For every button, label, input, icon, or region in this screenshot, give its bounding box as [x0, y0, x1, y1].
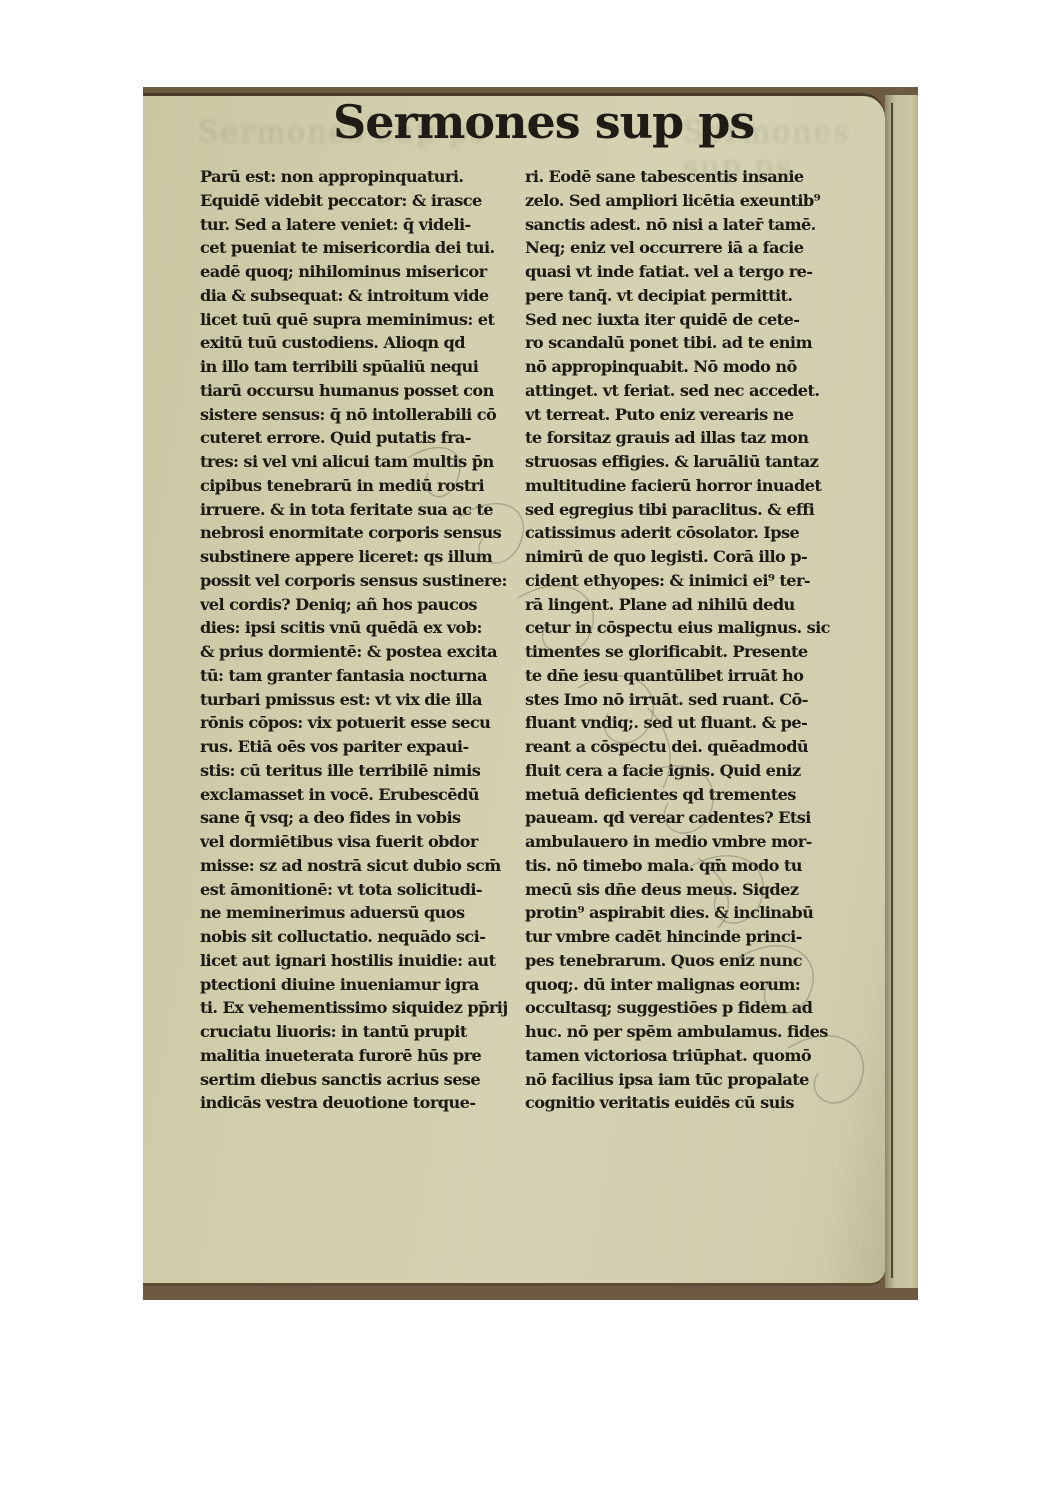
- text-line: cuteret errore. Quid putatis fra-: [200, 426, 525, 450]
- text-line: tur. Sed a latere veniet: q̄ videli-: [200, 213, 525, 237]
- text-line: rā lingent. Plane ad nihilū dedu: [525, 593, 860, 617]
- text-line: catissimus aderit cōsolator. Ipse: [525, 521, 860, 545]
- text-line: exclamasset in vocē. Erubescēdū: [200, 783, 525, 807]
- text-line: metuā deficientes qd trementes: [525, 783, 860, 807]
- text-line: possit vel corporis sensus sustinere:: [200, 569, 525, 593]
- text-line: mecū sis dn̄e deus meus. Siqdez: [525, 878, 860, 902]
- text-line: cipibus tenebrarū in mediū rostri: [200, 474, 525, 498]
- text-line: te dn̄e iesu quantūlibet irruāt ho: [525, 664, 860, 688]
- text-line: Neq; eniz vel occurrere iā a facie: [525, 236, 860, 260]
- text-line: nō facilius ipsa iam tūc propalate: [525, 1068, 860, 1092]
- text-line: eadē quoq; nihilominus misericor: [200, 260, 525, 284]
- text-line: est āmonitionē: vt tota solicitudi-: [200, 878, 525, 902]
- text-line: sertim diebus sanctis acrius sese: [200, 1068, 525, 1092]
- text-line: nobis sit colluctatio. nequādo sci-: [200, 925, 525, 949]
- text-line: vt terreat. Puto eniz verearis ne: [525, 403, 860, 427]
- text-line: nimirū de quo legisti. Corā illo p-: [525, 545, 860, 569]
- text-line: misse: sz ad nostrā sicut dubio scm̄: [200, 854, 525, 878]
- text-line: ri. Eodē sane tabescentis insanie: [525, 165, 860, 189]
- page-scan: Sermones sup ps Sermones sup ps Sermones…: [143, 87, 918, 1300]
- text-line: occultasq; suggestiōes p fidem ad: [525, 996, 860, 1020]
- text-line: stes Imo nō irruāt. sed ruant. Cō-: [525, 688, 860, 712]
- text-line: dia & subsequat: & introitum vide: [200, 284, 525, 308]
- text-line: reant a cōspectu dei. quēadmodū: [525, 735, 860, 759]
- text-line: Sed nec iuxta iter quidē de cete-: [525, 308, 860, 332]
- text-line: Parū est: non appropinquaturi.: [200, 165, 525, 189]
- text-line: licet aut ignari hostilis inuidie: aut: [200, 949, 525, 973]
- text-line: cognitio veritatis euidēs cū suis: [525, 1091, 860, 1115]
- text-line: turbari pmissus est: vt vix die illa: [200, 688, 525, 712]
- text-line: cet pueniat te misericordia dei tui.: [200, 236, 525, 260]
- text-column-left: Parū est: non appropinquaturi.Equidē vid…: [200, 165, 525, 1115]
- text-line: tis. nō timebo mala. qm̄ modo tu: [525, 854, 860, 878]
- text-line: substinere appere liceret: qs illum: [200, 545, 525, 569]
- text-line: cruciatu liuoris: in tantū prupit: [200, 1020, 525, 1044]
- text-line: ambulauero in medio vmbre mor-: [525, 830, 860, 854]
- text-line: nebrosi enormitate corporis sensus: [200, 521, 525, 545]
- text-line: ne meminerimus aduersū quos: [200, 901, 525, 925]
- text-line: nō appropinquabit. Nō modo nō: [525, 355, 860, 379]
- text-line: sane q̄ vsq; a deo fides in vobis: [200, 806, 525, 830]
- text-line: timentes se glorificabit. Presente: [525, 640, 860, 664]
- text-line: sed egregius tibi paraclitus. & effi: [525, 498, 860, 522]
- text-line: ti. Ex vehementissimo siquidez pp̄rij: [200, 996, 525, 1020]
- text-line: rōnis cōpos: vix potuerit esse secu: [200, 711, 525, 735]
- text-line: zelo. Sed ampliori licētia exeuntib⁹: [525, 189, 860, 213]
- book-page: Sermones sup ps Sermones sup ps Sermones…: [143, 93, 885, 1286]
- adjacent-leaf-edge: [885, 95, 918, 1288]
- text-line: cetur in cōspectu eius malignus. sic: [525, 616, 860, 640]
- text-line: rus. Etiā oēs vos pariter expaui-: [200, 735, 525, 759]
- text-line: huc. nō per spēm ambulamus. fides: [525, 1020, 860, 1044]
- text-line: multitudine facierū horror inuadet: [525, 474, 860, 498]
- text-line: exitū tuū custodiens. Alioqn qd: [200, 331, 525, 355]
- text-line: sanctis adest. nō nisi a later̄ tamē.: [525, 213, 860, 237]
- text-line: attinget. vt feriat. sed nec accedet.: [525, 379, 860, 403]
- text-line: quasi vt inde fatiat. vel a tergo re-: [525, 260, 860, 284]
- text-line: cident ethyopes: & inimici ei⁹ ter-: [525, 569, 860, 593]
- text-line: quoq;. dū inter malignas eorum:: [525, 973, 860, 997]
- text-line: & prius dormientē: & postea excita: [200, 640, 525, 664]
- running-head: Sermones sup ps: [333, 95, 754, 149]
- text-line: tres: si vel vni alicui tam multis p̄n: [200, 450, 525, 474]
- text-line: tū: tam granter fantasia nocturna: [200, 664, 525, 688]
- text-line: licet tuū quē supra meminimus: et: [200, 308, 525, 332]
- text-line: Equidē videbit peccator: & irasce: [200, 189, 525, 213]
- text-line: dies: ipsi scitis vnū quēdā ex vob:: [200, 616, 525, 640]
- text-line: vel cordis? Deniq; añ hos paucos: [200, 593, 525, 617]
- text-line: fluit cera a facie ignis. Quid eniz: [525, 759, 860, 783]
- text-line: te forsitaz grauis ad illas taz mon: [525, 426, 860, 450]
- text-line: in illo tam terribili spūaliū nequi: [200, 355, 525, 379]
- text-line: malitia inueterata furorē hūs pre: [200, 1044, 525, 1068]
- text-line: ptectioni diuine inueniamur igra: [200, 973, 525, 997]
- leaf-fold-line: [891, 103, 893, 1278]
- text-line: irruere. & in tota feritate sua ac te: [200, 498, 525, 522]
- text-line: pes tenebrarum. Quos eniz nunc: [525, 949, 860, 973]
- text-line: stis: cū teritus ille terribilē nimis: [200, 759, 525, 783]
- text-line: tamen victoriosa triūphat. quomō: [525, 1044, 860, 1068]
- text-line: indicās vestra deuotione torque-: [200, 1091, 525, 1115]
- text-line: struosas effigies. & laruāliū tantaz: [525, 450, 860, 474]
- text-line: fluant vndiq;. sed ut fluant. & pe-: [525, 711, 860, 735]
- text-line: paueam. qd verear cadentes? Etsi: [525, 806, 860, 830]
- text-line: tur vmbre cadēt hincinde princi-: [525, 925, 860, 949]
- text-line: tiarū occursu humanus posset con: [200, 379, 525, 403]
- text-column-right: ri. Eodē sane tabescentis insaniezelo. S…: [525, 165, 860, 1115]
- text-line: sistere sensus: q̄ nō intollerabili cō: [200, 403, 525, 427]
- text-line: pere tanq̄. vt decipiat permittit.: [525, 284, 860, 308]
- text-line: vel dormiētibus visa fuerit obdor: [200, 830, 525, 854]
- text-line: ro scandalū ponet tibi. ad te enim: [525, 331, 860, 355]
- text-line: protin⁹ aspirabit dies. & inclinabū: [525, 901, 860, 925]
